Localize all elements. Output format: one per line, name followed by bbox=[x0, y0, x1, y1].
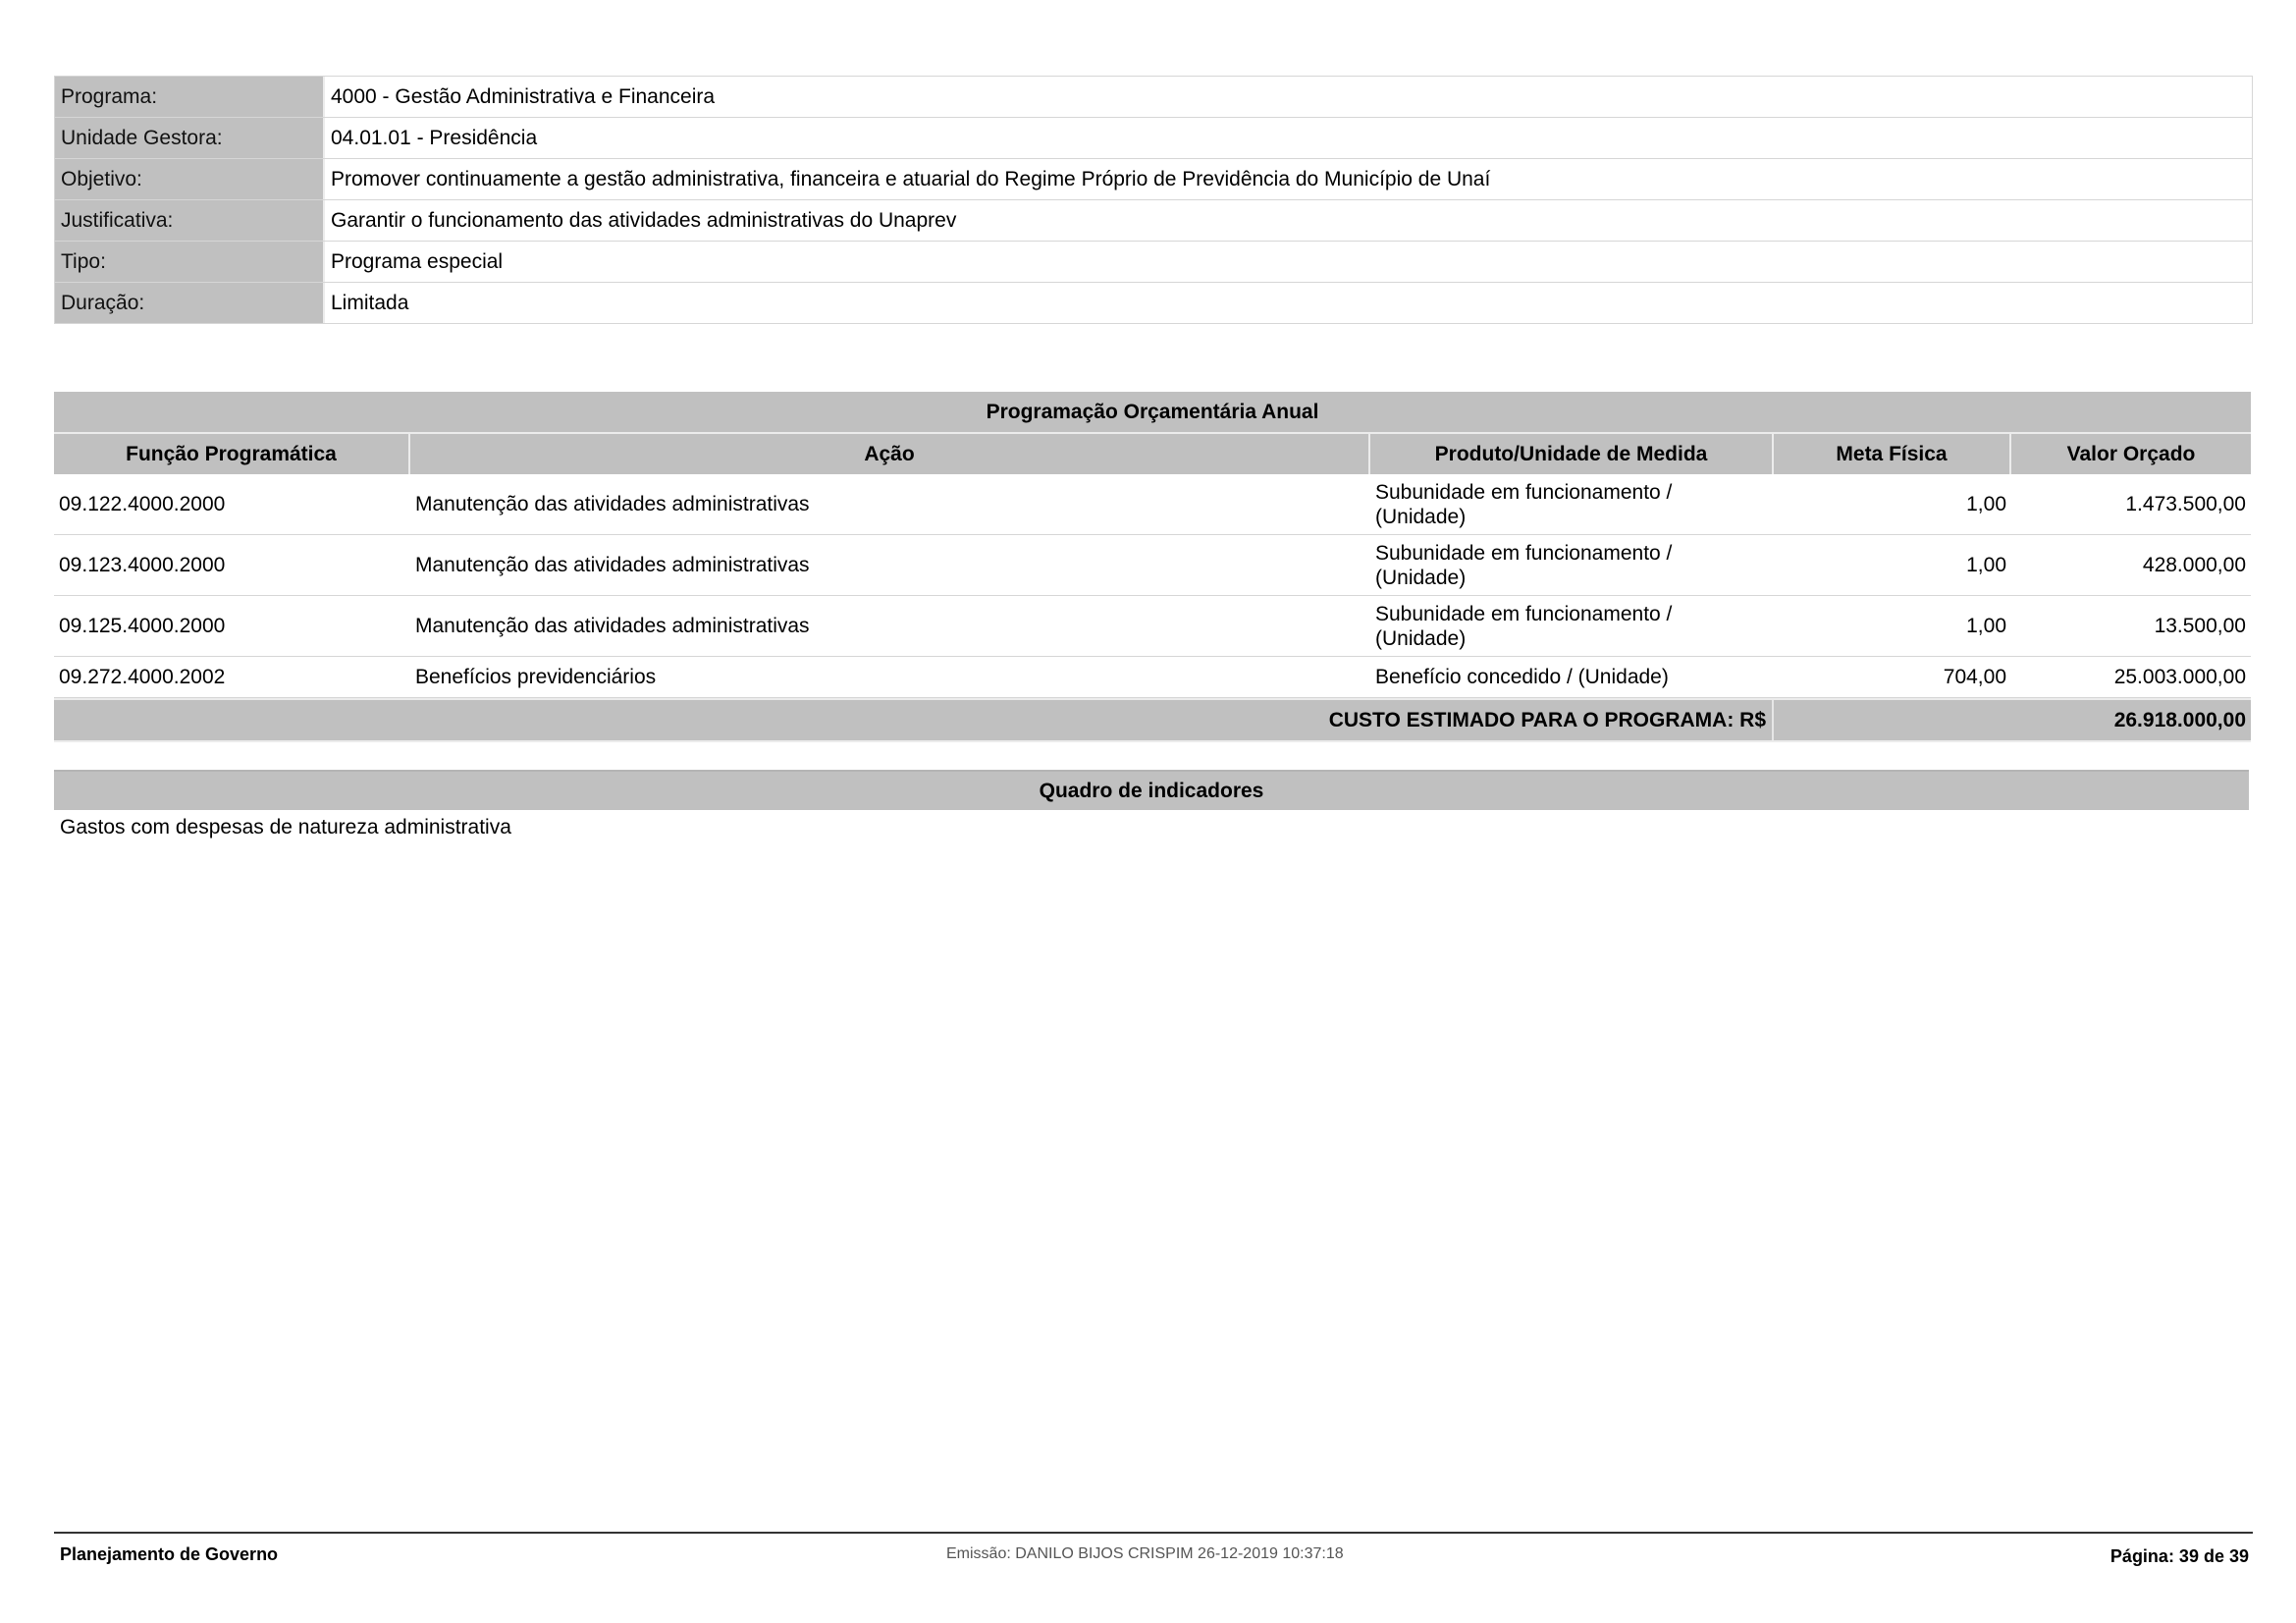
budget-table-title: Programação Orçamentária Anual bbox=[54, 392, 2251, 434]
produto-unit: (Unidade) bbox=[1375, 505, 1769, 529]
table-row: 09.272.4000.2002 Benefícios previdenciár… bbox=[54, 657, 2251, 698]
column-header-acao: Ação bbox=[410, 434, 1370, 474]
total-label: CUSTO ESTIMADO PARA O PROGRAMA: R$ bbox=[54, 700, 1774, 740]
cell-meta: 1,00 bbox=[1774, 614, 2011, 638]
info-value: 4000 - Gestão Administrativa e Financeir… bbox=[325, 77, 2252, 117]
table-row: 09.125.4000.2000 Manutenção das atividad… bbox=[54, 596, 2251, 657]
produto-line: Subunidade em funcionamento / bbox=[1375, 480, 1769, 505]
info-label: Programa: bbox=[55, 77, 325, 117]
total-value: 26.918.000,00 bbox=[2011, 700, 2251, 740]
cell-produto: Benefício concedido / (Unidade) bbox=[1370, 665, 1774, 689]
cell-funcao: 09.272.4000.2002 bbox=[54, 665, 410, 689]
info-label: Objetivo: bbox=[55, 159, 325, 199]
cell-valor: 428.000,00 bbox=[2011, 553, 2251, 577]
cell-acao: Benefícios previdenciários bbox=[410, 665, 1370, 689]
footer-divider bbox=[54, 1532, 2253, 1534]
info-row-programa: Programa: 4000 - Gestão Administrativa e… bbox=[55, 77, 2252, 118]
indicators-header: Quadro de indicadores bbox=[54, 770, 2249, 810]
info-value: Promover continuamente a gestão administ… bbox=[325, 159, 2252, 199]
info-value: 04.01.01 - Presidência bbox=[325, 118, 2252, 158]
cell-acao: Manutenção das atividades administrativa… bbox=[410, 492, 1370, 516]
total-spacer bbox=[1774, 700, 2011, 740]
produto-line: Subunidade em funcionamento / bbox=[1375, 602, 1769, 626]
info-label: Duração: bbox=[55, 283, 325, 323]
info-row-objetivo: Objetivo: Promover continuamente a gestã… bbox=[55, 159, 2252, 200]
cell-meta: 1,00 bbox=[1774, 553, 2011, 577]
info-value: Programa especial bbox=[325, 242, 2252, 282]
budget-table: Programação Orçamentária Anual Função Pr… bbox=[54, 392, 2251, 742]
info-value: Limitada bbox=[325, 283, 2252, 323]
footer-emission-info: Emissão: DANILO BIJOS CRISPIM 26-12-2019… bbox=[946, 1542, 1344, 1567]
budget-total-row: CUSTO ESTIMADO PARA O PROGRAMA: R$ 26.91… bbox=[54, 698, 2251, 742]
table-row: 09.122.4000.2000 Manutenção das atividad… bbox=[54, 474, 2251, 535]
cell-produto: Subunidade em funcionamento / (Unidade) bbox=[1370, 541, 1774, 590]
info-label: Justificativa: bbox=[55, 200, 325, 241]
cell-valor: 25.003.000,00 bbox=[2011, 665, 2251, 689]
cell-valor: 13.500,00 bbox=[2011, 614, 2251, 638]
cell-acao: Manutenção das atividades administrativa… bbox=[410, 553, 1370, 577]
produto-unit: (Unidade) bbox=[1375, 566, 1769, 590]
cell-produto: Subunidade em funcionamento / (Unidade) bbox=[1370, 602, 1774, 651]
produto-unit: (Unidade) bbox=[1375, 626, 1769, 651]
column-header-meta: Meta Física bbox=[1774, 434, 2011, 474]
cell-acao: Manutenção das atividades administrativa… bbox=[410, 614, 1370, 638]
indicator-item: Gastos com despesas de natureza administ… bbox=[60, 813, 511, 842]
footer-system-name: Planejamento de Governo bbox=[60, 1542, 278, 1567]
info-row-unidade-gestora: Unidade Gestora: 04.01.01 - Presidência bbox=[55, 118, 2252, 159]
info-row-tipo: Tipo: Programa especial bbox=[55, 242, 2252, 283]
table-row: 09.123.4000.2000 Manutenção das atividad… bbox=[54, 535, 2251, 596]
produto-line: Subunidade em funcionamento / bbox=[1375, 541, 1769, 566]
cell-meta: 1,00 bbox=[1774, 492, 2011, 516]
info-label: Tipo: bbox=[55, 242, 325, 282]
info-value: Garantir o funcionamento das atividades … bbox=[325, 200, 2252, 241]
column-header-produto: Produto/Unidade de Medida bbox=[1370, 434, 1774, 474]
program-info-table: Programa: 4000 - Gestão Administrativa e… bbox=[54, 76, 2253, 324]
column-header-valor: Valor Orçado bbox=[2011, 434, 2251, 474]
budget-table-header: Função Programática Ação Produto/Unidade… bbox=[54, 434, 2251, 474]
info-row-duracao: Duração: Limitada bbox=[55, 283, 2252, 324]
cell-produto: Subunidade em funcionamento / (Unidade) bbox=[1370, 480, 1774, 529]
info-label: Unidade Gestora: bbox=[55, 118, 325, 158]
cell-valor: 1.473.500,00 bbox=[2011, 492, 2251, 516]
cell-funcao: 09.122.4000.2000 bbox=[54, 492, 410, 516]
footer-page-number: Página: 39 de 39 bbox=[2110, 1543, 2249, 1569]
column-header-funcao: Função Programática bbox=[54, 434, 410, 474]
cell-funcao: 09.123.4000.2000 bbox=[54, 553, 410, 577]
cell-funcao: 09.125.4000.2000 bbox=[54, 614, 410, 638]
cell-meta: 704,00 bbox=[1774, 665, 2011, 689]
info-row-justificativa: Justificativa: Garantir o funcionamento … bbox=[55, 200, 2252, 242]
